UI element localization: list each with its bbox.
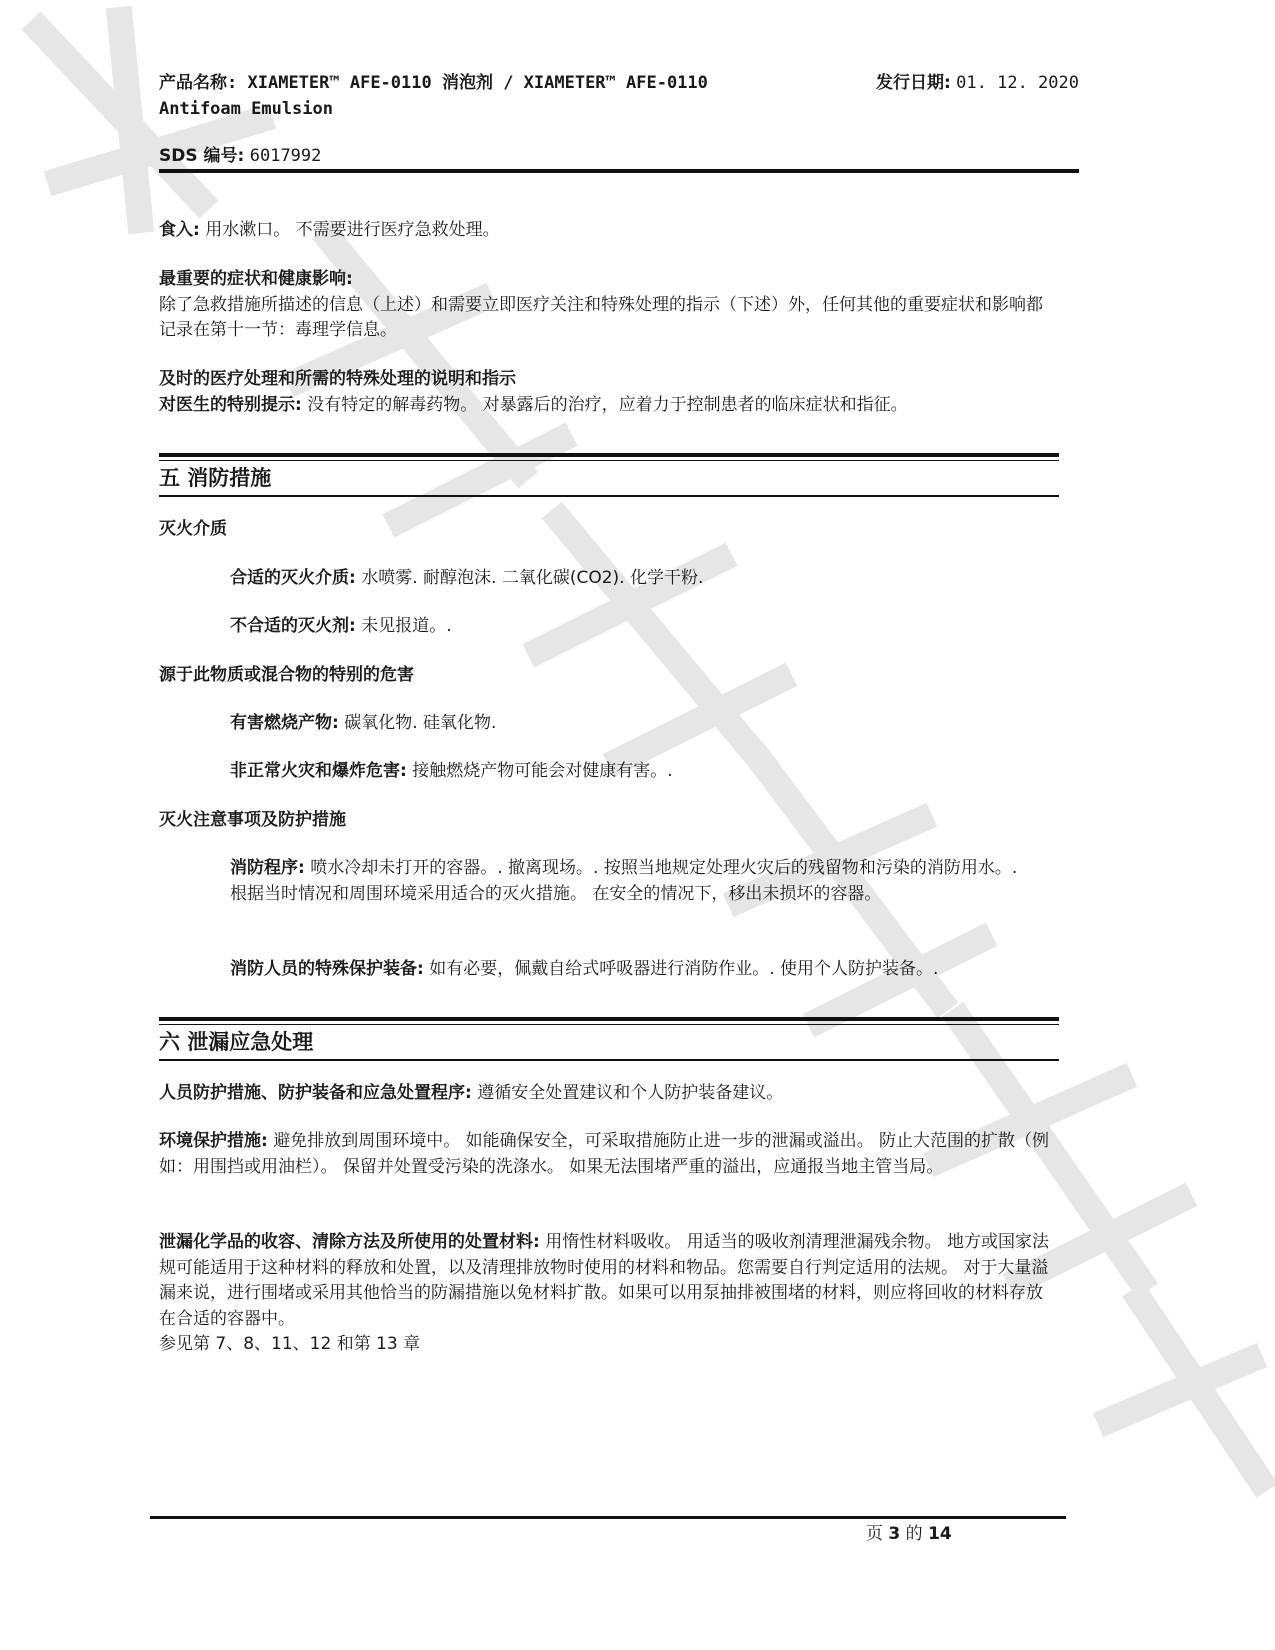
section6-title: 六 泄漏应急处理 xyxy=(159,1027,313,1057)
unsuitable-media: 不合适的灭火剂: 未见报道。. xyxy=(230,614,1070,640)
special-hazards-heading: 源于此物质或混合物的特别的危害 xyxy=(159,663,1059,689)
unusual-hazards-text: 接触燃烧产物可能会对健康有害。. xyxy=(412,761,672,781)
document-header: 产品名称: XIAMETER™ AFE-0110 消泡剂 / XIAMETER™… xyxy=(159,70,1079,122)
product-name-line2: Antifoam Emulsion xyxy=(159,96,1079,122)
environmental-precautions: 环境保护措施: 避免排放到周围环境中。 如能确保安全，可采取措施防止进一步的泄漏… xyxy=(159,1129,1059,1180)
ingestion-paragraph: 食入: 用水漱口。 不需要进行医疗急救处理。 xyxy=(159,218,1059,244)
ingestion-text: 用水漱口。 不需要进行医疗急救处理。 xyxy=(205,220,499,240)
unsuitable-media-text: 未见报道。. xyxy=(361,616,451,636)
procedure-text-2: 根据当时情况和周围环境采用适合的灭火措施。 在安全的情况下，移出未损坏的容器。 xyxy=(230,882,1070,908)
sds-number-value: 6017992 xyxy=(250,146,322,166)
symptoms-heading: 最重要的症状和健康影响: xyxy=(159,267,1059,293)
medical-paragraph: 及时的医疗处理和所需的特殊处理的说明和指示 对医生的特别提示: 没有特定的解毒药… xyxy=(159,367,1059,418)
physician-label: 对医生的特别提示: xyxy=(159,395,302,415)
header-divider xyxy=(159,169,1079,173)
symptoms-paragraph: 最重要的症状和健康影响: 除了急救措施所描述的信息（上述）和需要立即医疗关注和特… xyxy=(159,267,1059,344)
section5-bottom-rule xyxy=(159,495,1059,497)
firefighting-procedure: 消防程序: 喷水冷却未打开的容器。. 撤离现场。. 按照当地规定处理火灾后的残留… xyxy=(230,856,1070,907)
issue-date: 发行日期: 01. 12. 2020 xyxy=(876,70,1079,96)
ppe-text: 如有必要，佩戴自给式呼吸器进行消防作业。. 使用个人防护装备。. xyxy=(429,959,938,979)
firefighting-precautions-heading: 灭火注意事项及防护措施 xyxy=(159,808,1059,834)
footer-divider xyxy=(150,1516,1066,1519)
unusual-hazards: 非正常火灾和爆炸危害: 接触燃烧产物可能会对健康有害。. xyxy=(230,759,1070,785)
env-text: 避免排放到周围环境中。 如能确保安全，可采取措施防止进一步的泄漏或溢出。 防止大… xyxy=(159,1131,1049,1177)
section6-bottom-rule xyxy=(159,1059,1059,1061)
personal-text: 遵循安全处置建议和个人防护装备建议。 xyxy=(477,1083,783,1103)
ingestion-label: 食入: xyxy=(159,220,200,240)
combustion-label: 有害燃烧产物: xyxy=(230,713,339,733)
procedure-label: 消防程序: xyxy=(230,858,305,878)
medical-heading: 及时的医疗处理和所需的特殊处理的说明和指示 xyxy=(159,367,1059,393)
cleanup-label: 泄漏化学品的收容、清除方法及所使用的处置材料: xyxy=(159,1232,540,1252)
suitable-media-text: 水喷雾. 耐醇泡沫. 二氧化碳(CO2). 化学干粉. xyxy=(361,568,703,588)
combustion-products: 有害燃烧产物: 碳氧化物. 硅氧化物. xyxy=(230,711,1070,737)
physician-text: 没有特定的解毒药物。 对暴露后的治疗，应着力于控制患者的临床症状和指征。 xyxy=(307,395,907,415)
extinguishing-media-heading: 灭火介质 xyxy=(159,517,1059,543)
ppe-label: 消防人员的特殊保护装备: xyxy=(230,959,424,979)
page-number: 页 3 的 14 xyxy=(866,1522,952,1546)
product-name-line1: XIAMETER™ AFE-0110 消泡剂 / XIAMETER™ AFE-0… xyxy=(248,73,708,93)
issue-date-label: 发行日期: xyxy=(876,73,951,93)
sds-page: 产品名称: XIAMETER™ AFE-0110 消泡剂 / XIAMETER™… xyxy=(0,0,1275,1650)
page-current: 3 xyxy=(888,1524,900,1544)
section5-title: 五 消防措施 xyxy=(159,463,271,493)
unusual-hazards-label: 非正常火灾和爆炸危害: xyxy=(230,761,407,781)
section6-top-rule xyxy=(159,1017,1059,1021)
section5-top-rule xyxy=(159,453,1059,457)
suitable-media: 合适的灭火介质: 水喷雾. 耐醇泡沫. 二氧化碳(CO2). 化学干粉. xyxy=(230,566,1070,592)
page-prefix: 页 xyxy=(866,1524,883,1544)
suitable-media-label: 合适的灭火介质: xyxy=(230,568,356,588)
symptoms-text: 除了急救措施所描述的信息（上述）和需要立即医疗关注和特殊处理的指示（下述）外，任… xyxy=(159,293,1059,344)
issue-date-value: 01. 12. 2020 xyxy=(956,73,1079,93)
combustion-text: 碳氧化物. 硅氧化物. xyxy=(344,713,496,733)
section5-top-rule-thin xyxy=(159,460,1059,461)
sds-number: SDS 编号: 6017992 xyxy=(159,143,321,169)
page-of: 的 xyxy=(906,1524,923,1544)
unsuitable-media-label: 不合适的灭火剂: xyxy=(230,616,356,636)
firefighter-ppe: 消防人员的特殊保护装备: 如有必要，佩戴自给式呼吸器进行消防作业。. 使用个人防… xyxy=(230,957,1070,983)
sds-label: SDS 编号: xyxy=(159,146,244,166)
cleanup-methods: 泄漏化学品的收容、清除方法及所使用的处置材料: 用惰性材料吸收。 用适当的吸收剂… xyxy=(159,1230,1059,1358)
procedure-text: 喷水冷却未打开的容器。. 撤离现场。. 按照当地规定处理火灾后的残留物和污染的消… xyxy=(310,858,1017,878)
see-also: 参见第 7、8、11、12 和第 13 章 xyxy=(159,1332,1059,1358)
env-label: 环境保护措施: xyxy=(159,1131,268,1151)
section6-top-rule-thin xyxy=(159,1024,1059,1025)
personal-precautions: 人员防护措施、防护装备和应急处置程序: 遵循安全处置建议和个人防护装备建议。 xyxy=(159,1081,1059,1107)
personal-label: 人员防护措施、防护装备和应急处置程序: xyxy=(159,1083,472,1103)
product-label: 产品名称: xyxy=(159,73,237,93)
page-total: 14 xyxy=(928,1524,952,1544)
